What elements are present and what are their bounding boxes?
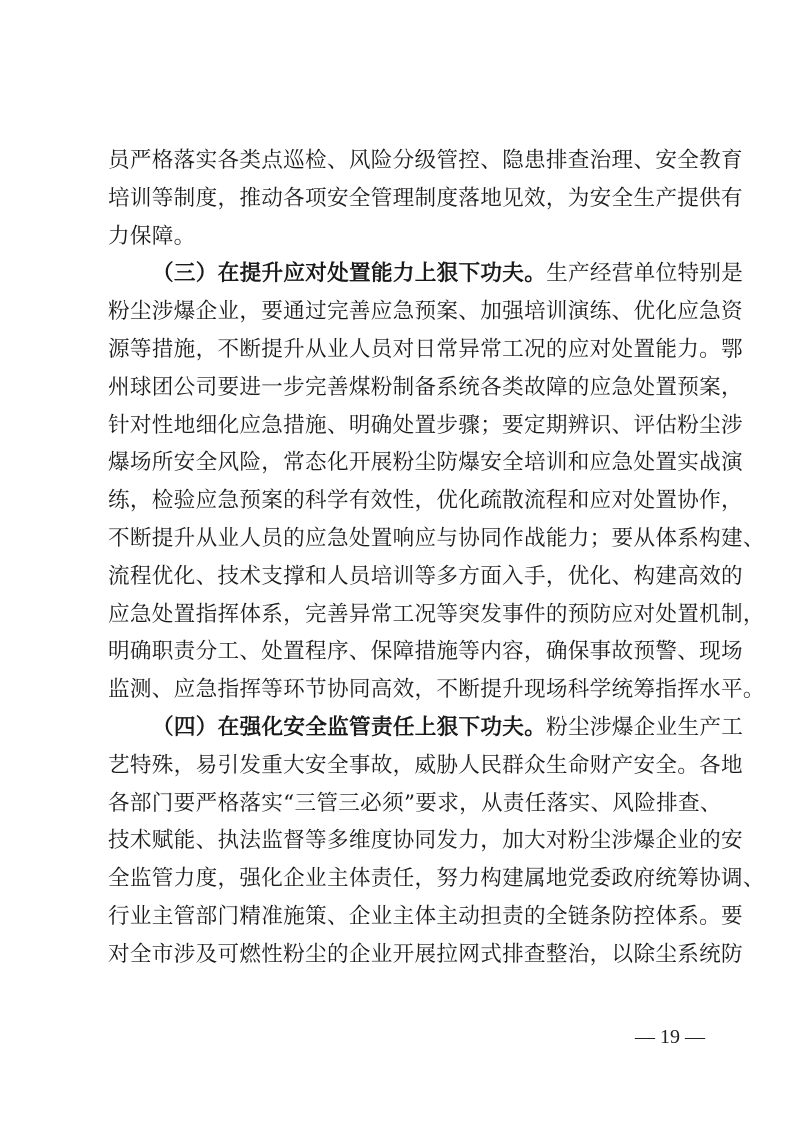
document-body: 员严格落实各类点巡检、风险分级管控、隐患排查治理、安全教育 培训等制度，推动各项… — [108, 142, 700, 974]
text-line: 监测、应急指挥等环节协同高效，不断提升现场科学统筹指挥水平。 — [108, 671, 700, 709]
section-heading-4: （四）在强化安全监管责任上狠下功夫。 — [152, 715, 546, 740]
text-line: 爆场所安全风险，常态化开展粉尘防爆安全培训和应急处置实战演 — [108, 444, 700, 482]
text-line: 针对性地细化应急措施、明确处置步骤；要定期辨识、评估粉尘涉 — [108, 407, 700, 445]
text-line: 力保障。 — [108, 218, 700, 256]
text-line: 技术赋能、执法监督等多维度协同发力，加大对粉尘涉爆企业的安 — [108, 822, 700, 860]
text-line: 应急处置指挥体系，完善异常工况等突发事件的预防应对处置机制， — [108, 596, 700, 634]
text-line: 全监管力度，强化企业主体责任，努力构建属地党委政府统筹协调、 — [108, 860, 700, 898]
text-span: 粉尘涉爆企业生产工 — [546, 715, 743, 740]
text-line: 艺特殊，易引发重大安全事故，威胁人民群众生命财产安全。各地 — [108, 747, 700, 785]
text-line: 练，检验应急预案的科学有效性，优化疏散流程和应对处置协作， — [108, 482, 700, 520]
text-line: 培训等制度，推动各项安全管理制度落地见效，为安全生产提供有 — [108, 180, 700, 218]
text-line: 行业主管部门精准施策、企业主体主动担责的全链条防控体系。要 — [108, 898, 700, 936]
text-line: 源等措施，不断提升从业人员对日常异常工况的应对处置能力。鄂 — [108, 331, 700, 369]
text-span: 生产经营单位特别是 — [546, 261, 743, 286]
section-heading-3: （三）在提升应对处置能力上狠下功夫。 — [152, 261, 546, 286]
text-line: 各部门要严格落实“三管三必须”要求，从责任落实、风险排查、 — [108, 785, 700, 823]
text-line: 不断提升从业人员的应急处置响应与协同作战能力；要从体系构建、 — [108, 520, 700, 558]
section-heading-line: （四）在强化安全监管责任上狠下功夫。粉尘涉爆企业生产工 — [108, 709, 700, 747]
document-page: 员严格落实各类点巡检、风险分级管控、隐患排查治理、安全教育 培训等制度，推动各项… — [0, 0, 800, 1131]
text-line: 粉尘涉爆企业，要通过完善应急预案、加强培训演练、优化应急资 — [108, 293, 700, 331]
text-line: 州球团公司要进一步完善煤粉制备系统各类故障的应急处置预案， — [108, 369, 700, 407]
text-line: 流程优化、技术支撑和人员培训等多方面入手，优化、构建高效的 — [108, 558, 700, 596]
text-line: 明确职责分工、处置程序、保障措施等内容，确保事故预警、现场 — [108, 633, 700, 671]
text-line: 对全市涉及可燃性粉尘的企业开展拉网式排查整治，以除尘系统防 — [108, 936, 700, 974]
page-number: — 19 — — [620, 1026, 720, 1049]
section-heading-line: （三）在提升应对处置能力上狠下功夫。生产经营单位特别是 — [108, 255, 700, 293]
text-line: 员严格落实各类点巡检、风险分级管控、隐患排查治理、安全教育 — [108, 142, 700, 180]
